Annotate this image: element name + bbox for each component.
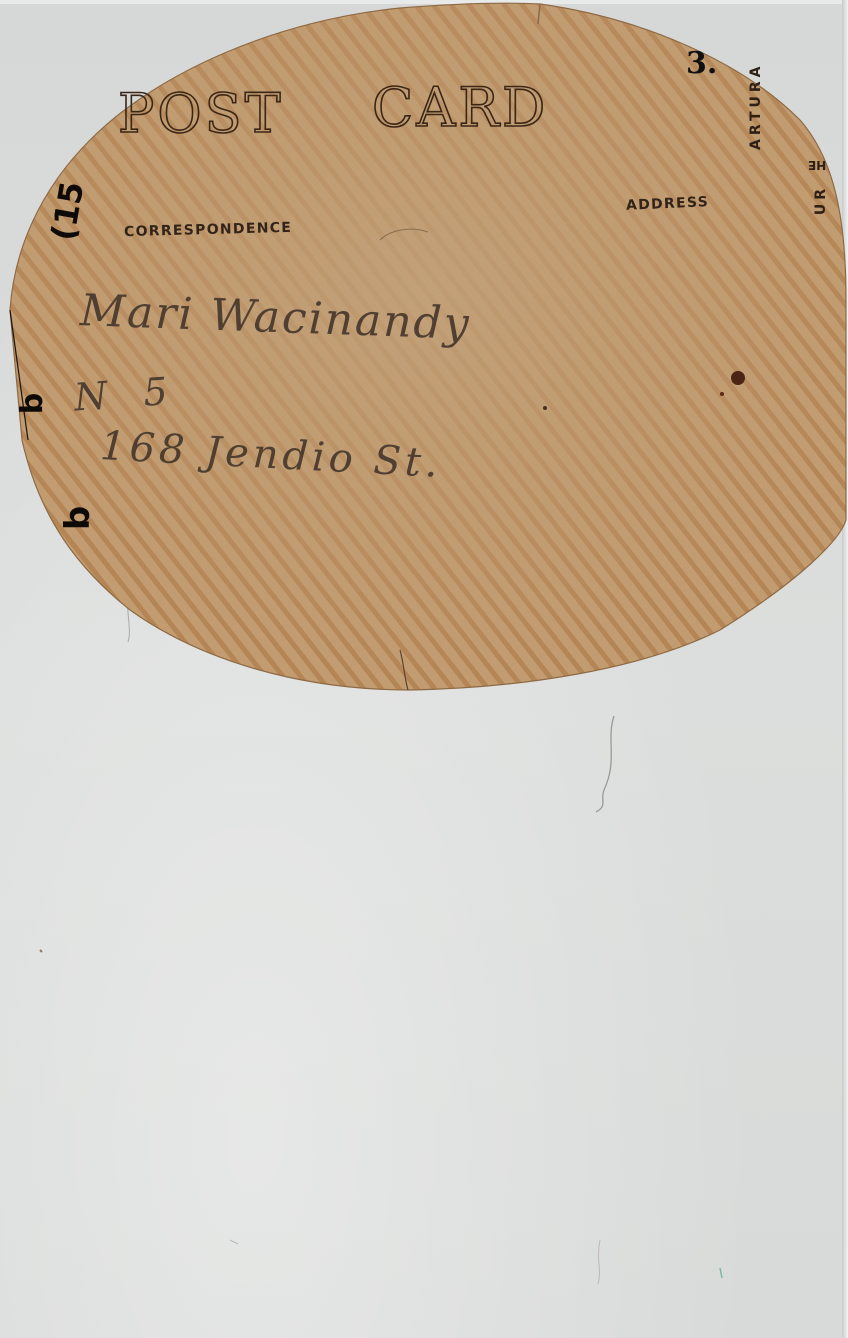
handwritten-number: N 5 (73, 368, 181, 419)
margin-mark-2: b (15, 393, 50, 414)
vertical-imprint: ARTURA (748, 62, 764, 150)
edge-fragment-he: HE (808, 158, 826, 172)
postcard: POST CARD CORRESPONDENCE ADDRESS ARTURA … (0, 0, 848, 700)
postcard-title-card: CARD (372, 76, 548, 139)
postcard-title-post: POST (118, 82, 284, 145)
edge-fragment-ur: UR (813, 185, 829, 215)
corner-number: 3. (686, 46, 717, 81)
margin-mark-3: b (58, 506, 98, 530)
